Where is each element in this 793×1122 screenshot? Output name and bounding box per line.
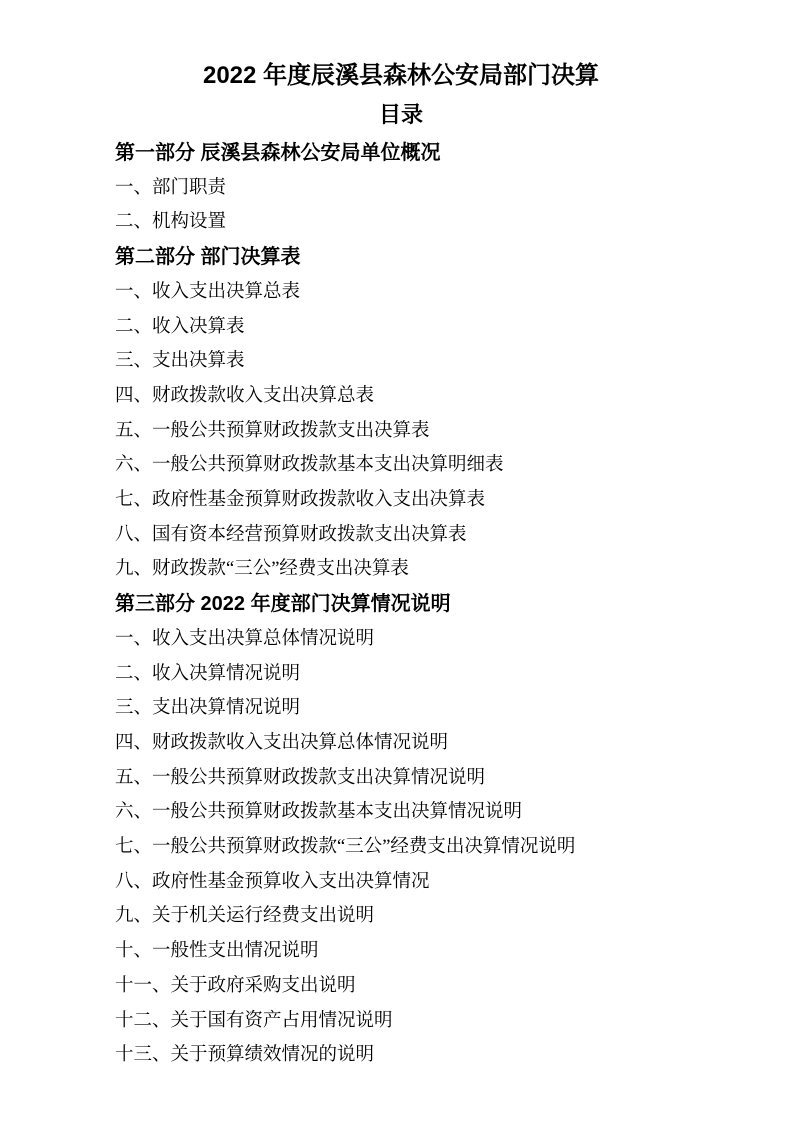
toc-item: 三、支出决算情况说明 <box>115 691 687 726</box>
toc-section-part1: 第一部分 辰溪县森林公安局单位概况 一、部门职责 二、机构设置 <box>115 136 687 240</box>
toc-item: 四、财政拨款收入支出决算总表 <box>115 379 687 414</box>
toc-section-part3: 第三部分 2022 年度部门决算情况说明 一、收入支出决算总体情况说明 二、收入… <box>115 587 687 1073</box>
document-page: 2022 年度辰溪县森林公安局部门决算 目录 第一部分 辰溪县森林公安局单位概况… <box>0 0 793 1122</box>
toc-item: 七、一般公共预算财政拨款“三公”经费支出决算情况说明 <box>115 830 687 865</box>
toc-item: 十一、关于政府采购支出说明 <box>115 969 687 1004</box>
toc-item: 六、一般公共预算财政拨款基本支出决算明细表 <box>115 448 687 483</box>
toc-item: 二、机构设置 <box>115 205 687 240</box>
toc-item: 六、一般公共预算财政拨款基本支出决算情况说明 <box>115 795 687 830</box>
toc-section-part2: 第二部分 部门决算表 一、收入支出决算总表 二、收入决算表 三、支出决算表 四、… <box>115 240 687 587</box>
toc-item: 八、国有资本经营预算财政拨款支出决算表 <box>115 518 687 553</box>
document-title: 2022 年度辰溪县森林公安局部门决算 <box>115 58 687 94</box>
table-of-contents: 第一部分 辰溪县森林公安局单位概况 一、部门职责 二、机构设置 第二部分 部门决… <box>115 136 687 1073</box>
toc-item: 三、支出决算表 <box>115 344 687 379</box>
document-content: 2022 年度辰溪县森林公安局部门决算 目录 第一部分 辰溪县森林公安局单位概况… <box>115 0 687 1073</box>
toc-item: 二、收入决算表 <box>115 310 687 345</box>
toc-section-heading: 第二部分 部门决算表 <box>115 240 687 275</box>
toc-item: 二、收入决算情况说明 <box>115 657 687 692</box>
toc-item: 九、财政拨款“三公”经费支出决算表 <box>115 552 687 587</box>
toc-item: 九、关于机关运行经费支出说明 <box>115 899 687 934</box>
toc-item: 十三、关于预算绩效情况的说明 <box>115 1038 687 1073</box>
toc-item: 五、一般公共预算财政拨款支出决算表 <box>115 414 687 449</box>
toc-section-heading: 第一部分 辰溪县森林公安局单位概况 <box>115 136 687 171</box>
toc-item: 十二、关于国有资产占用情况说明 <box>115 1004 687 1039</box>
toc-section-heading: 第三部分 2022 年度部门决算情况说明 <box>115 587 687 622</box>
toc-item: 一、收入支出决算总表 <box>115 275 687 310</box>
toc-item: 十、一般性支出情况说明 <box>115 934 687 969</box>
toc-heading: 目录 <box>115 98 687 132</box>
toc-item: 一、部门职责 <box>115 171 687 206</box>
toc-item: 一、收入支出决算总体情况说明 <box>115 622 687 657</box>
toc-item: 四、财政拨款收入支出决算总体情况说明 <box>115 726 687 761</box>
toc-item: 八、政府性基金预算收入支出决算情况 <box>115 865 687 900</box>
toc-item: 五、一般公共预算财政拨款支出决算情况说明 <box>115 761 687 796</box>
toc-item: 七、政府性基金预算财政拨款收入支出决算表 <box>115 483 687 518</box>
